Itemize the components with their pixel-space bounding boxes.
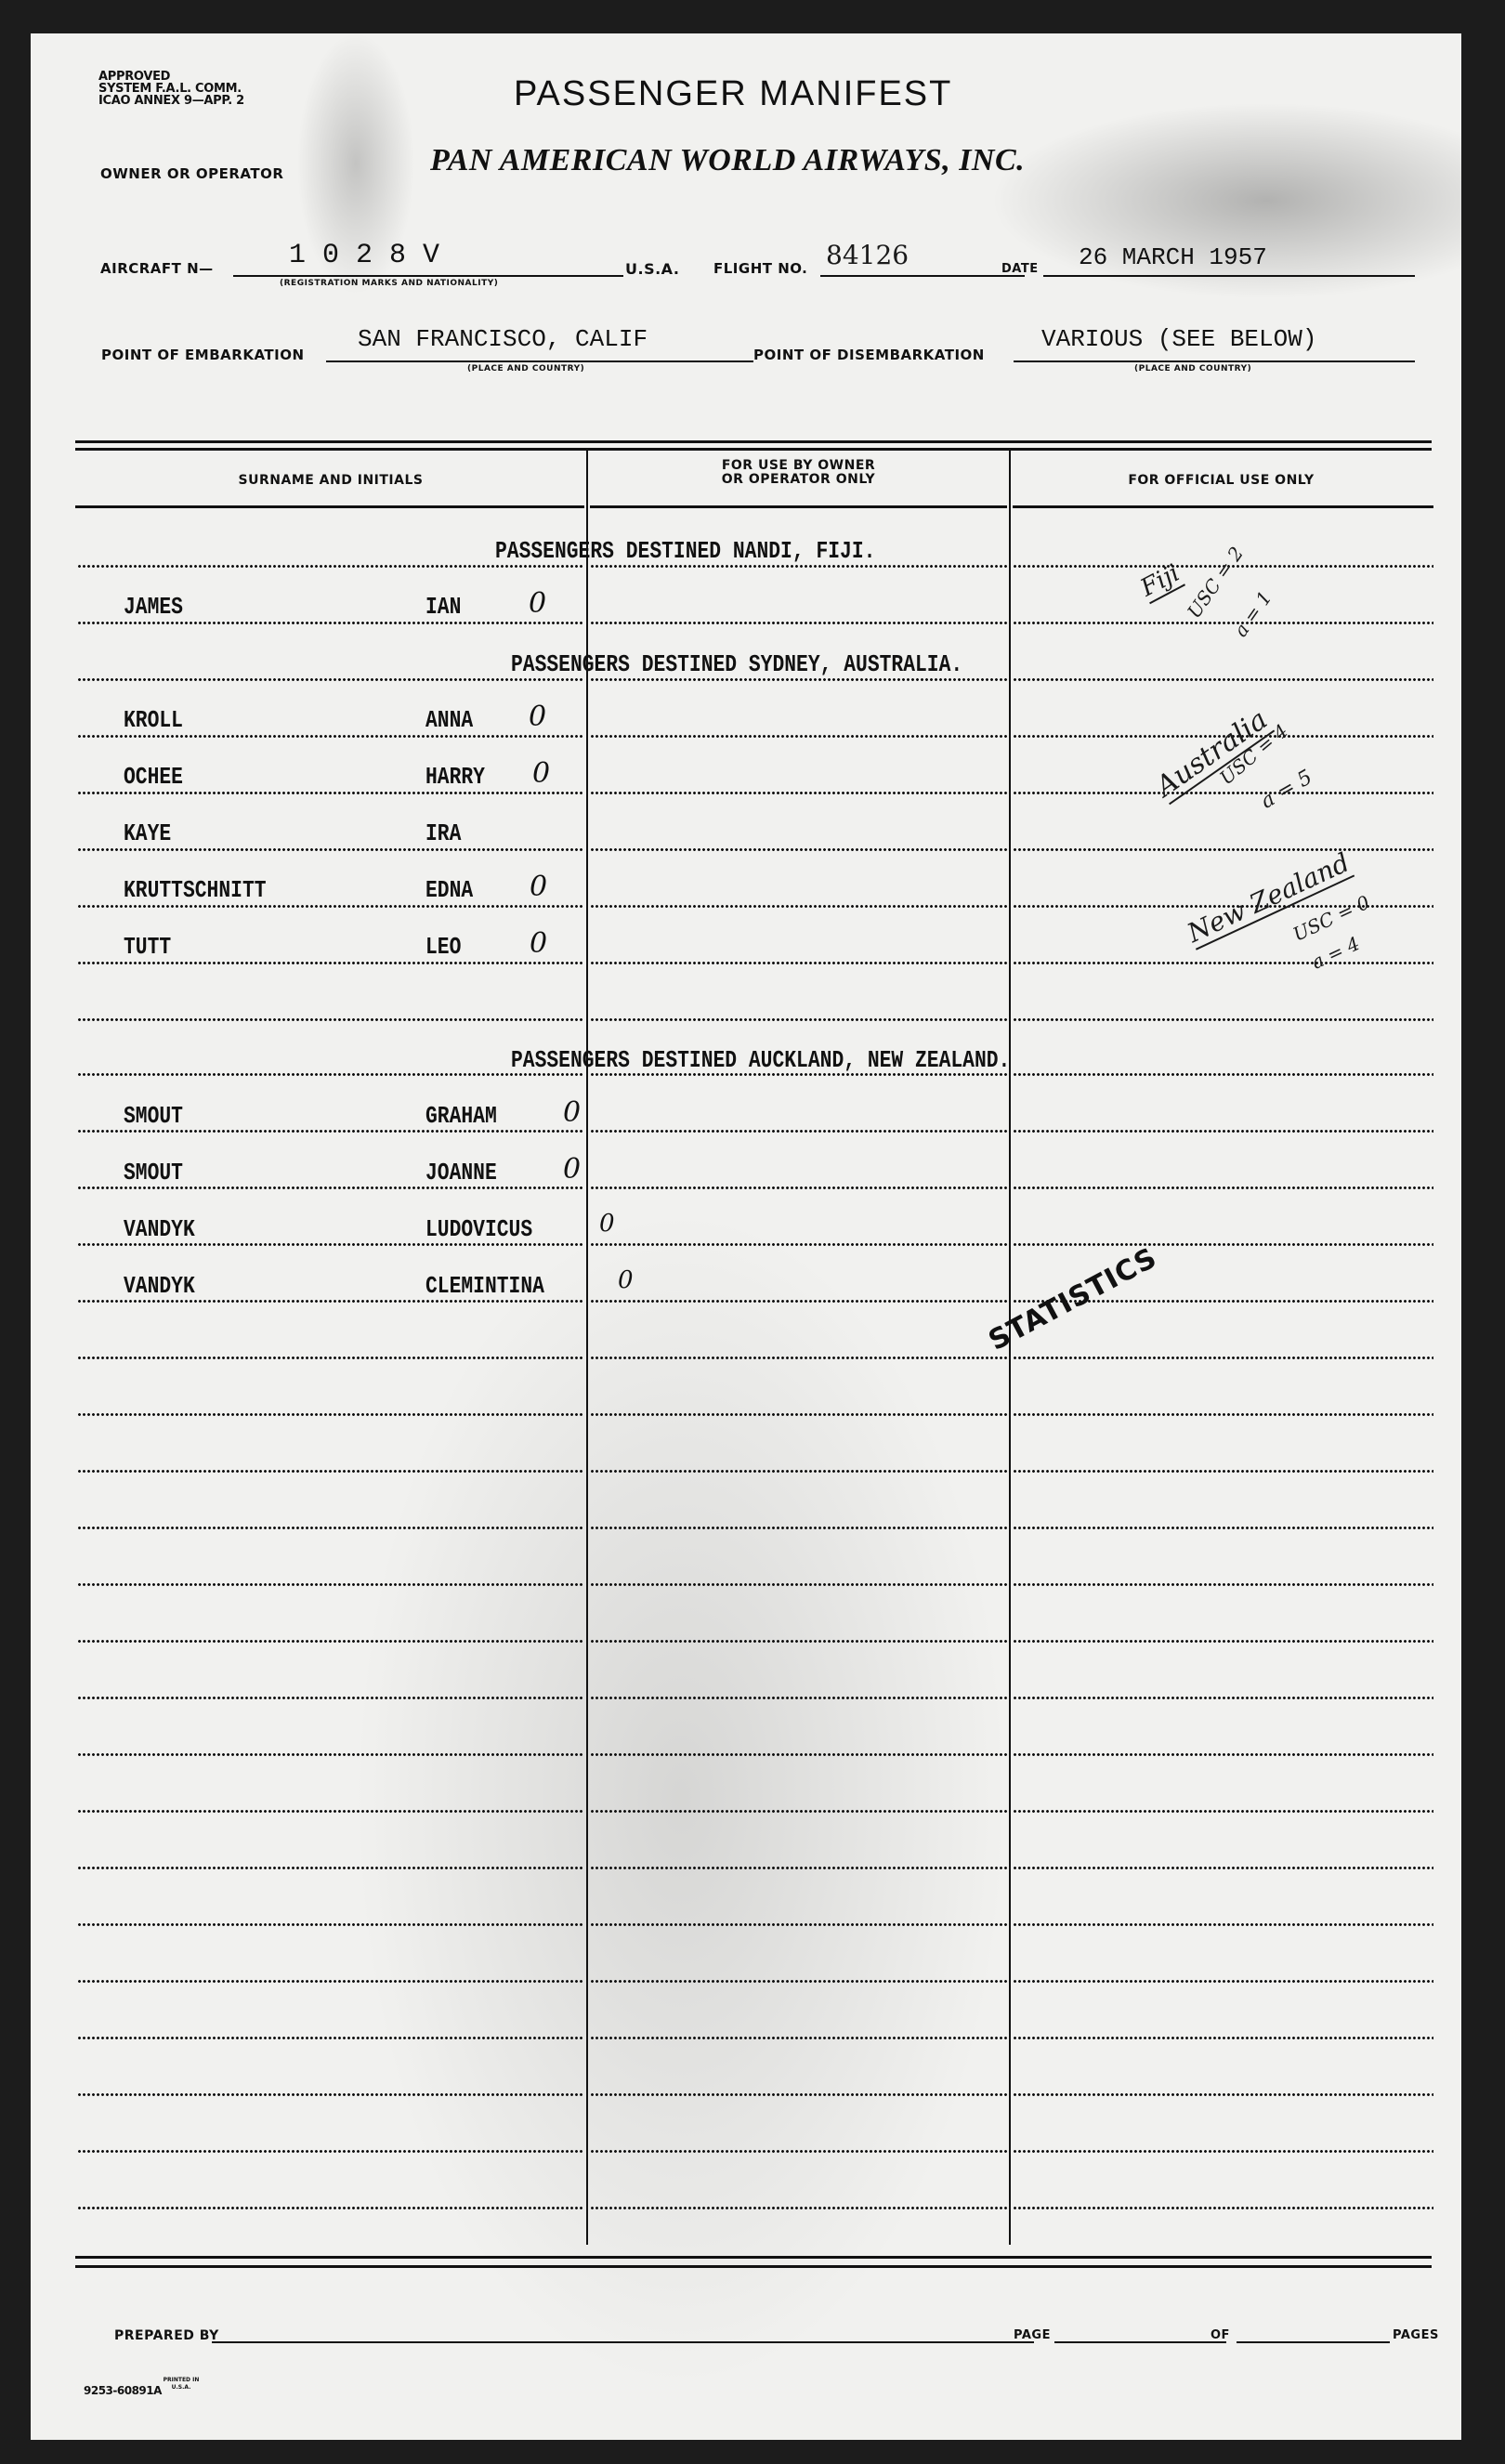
date-value[interactable]: 26 MARCH 1957 (1079, 243, 1267, 271)
row-rule (77, 2150, 584, 2153)
row-rule (1013, 1640, 1433, 1643)
row-rule (1013, 1357, 1433, 1359)
row-rule (77, 2207, 584, 2209)
table-top-rule (75, 448, 1432, 451)
row-rule (1013, 848, 1433, 851)
row-rule (1013, 622, 1433, 624)
row-rule (590, 2037, 1007, 2039)
row-rule (590, 1413, 1007, 1416)
row-rule (1013, 962, 1433, 964)
flight-value[interactable]: 84126 (826, 240, 909, 270)
embarkation-underline (326, 360, 753, 362)
row-rule (590, 622, 1007, 624)
table-bottom-rule (75, 2265, 1432, 2268)
passenger-mark: 0 (618, 1266, 634, 1294)
passenger-surname: SMOUT (124, 1159, 183, 1186)
column-header-owner-line: OR OPERATOR ONLY (588, 473, 1009, 487)
of-label: OF (1211, 2328, 1230, 2342)
passenger-given-name: IRA (425, 819, 461, 847)
flight-underline (820, 275, 1025, 277)
aircraft-label: AIRCRAFT N— (100, 260, 214, 277)
official-note-a: a = 5 (1257, 766, 1316, 813)
passenger-mark: 0 (529, 701, 546, 733)
disembarkation-underline (1014, 360, 1415, 362)
passenger-mark: 0 (530, 927, 547, 960)
aircraft-underline (233, 275, 623, 277)
row-rule (77, 1243, 584, 1246)
row-rule (77, 848, 584, 851)
column-divider (586, 450, 588, 2245)
row-rule (77, 792, 584, 794)
passenger-given-name: EDNA (425, 876, 473, 904)
row-rule (1013, 2037, 1433, 2039)
disembarkation-label: POINT OF DISEMBARKATION (753, 347, 985, 363)
approval-block: APPROVED SYSTEM F.A.L. COMM. ICAO ANNEX … (98, 71, 244, 107)
row-rule (1013, 1867, 1433, 1869)
row-rule (77, 1867, 584, 1869)
row-rule (77, 1018, 584, 1021)
row-rule (1013, 678, 1433, 681)
total-pages-field[interactable] (1237, 2341, 1390, 2343)
page-number-field[interactable] (1054, 2341, 1226, 2343)
approval-line: ICAO ANNEX 9—APP. 2 (98, 95, 244, 107)
row-rule (590, 1527, 1007, 1529)
section-heading-fiji: PASSENGERS DESTINED NANDI, FIJI. (495, 537, 875, 565)
row-rule (77, 1413, 584, 1416)
passenger-surname: KAYE (124, 819, 171, 847)
row-rule (1013, 1753, 1433, 1756)
passenger-surname: KRUTTSCHNITT (124, 876, 267, 904)
row-rule (77, 2037, 584, 2039)
row-rule (77, 1527, 584, 1529)
row-rule (1013, 2093, 1433, 2096)
section-heading-new-zealand: PASSENGERS DESTINED AUCKLAND, NEW ZEALAN… (511, 1046, 1010, 1074)
passenger-mark: 0 (563, 1153, 581, 1186)
row-rule (1013, 1697, 1433, 1699)
passenger-surname: TUTT (124, 933, 171, 961)
row-rule (590, 1697, 1007, 1699)
row-rule (77, 1073, 584, 1076)
row-rule (77, 565, 584, 568)
embarkation-label: POINT OF EMBARKATION (101, 347, 305, 363)
printed-in-usa-stamp: PRINTED IN U.S.A. (161, 2377, 202, 2392)
table-top-rule (75, 440, 1432, 443)
passenger-given-name: IAN (425, 593, 461, 621)
row-rule (1013, 1130, 1433, 1133)
row-rule (590, 848, 1007, 851)
aircraft-caption: (REGISTRATION MARKS AND NATIONALITY) (280, 279, 498, 288)
flight-label: FLIGHT NO. (713, 260, 807, 277)
passenger-surname: KROLL (124, 706, 183, 734)
row-rule (590, 1357, 1007, 1359)
row-rule (590, 1923, 1007, 1926)
passenger-surname: JAMES (124, 593, 183, 621)
row-rule (77, 1980, 584, 1983)
row-rule (77, 1753, 584, 1756)
row-rule (77, 1357, 584, 1359)
row-rule (590, 1583, 1007, 1586)
row-rule (1013, 1527, 1433, 1529)
disembarkation-caption: (PLACE AND COUNTRY) (1134, 364, 1251, 374)
row-rule (77, 735, 584, 738)
row-rule (590, 2207, 1007, 2209)
passenger-given-name: ANNA (425, 706, 473, 734)
row-rule (590, 905, 1007, 908)
table-bottom-rule (75, 2256, 1432, 2259)
row-rule (77, 1583, 584, 1586)
row-rule (1013, 1980, 1433, 1983)
row-rule (1013, 1413, 1433, 1416)
row-rule (590, 2150, 1007, 2153)
manifest-page: APPROVED SYSTEM F.A.L. COMM. ICAO ANNEX … (31, 33, 1461, 2440)
row-rule (590, 2093, 1007, 2096)
date-label: DATE (1001, 262, 1039, 276)
passenger-mark: 0 (532, 757, 550, 790)
row-rule (77, 1640, 584, 1643)
row-rule (77, 1697, 584, 1699)
row-rule (1013, 1810, 1433, 1813)
passenger-mark: 0 (599, 1210, 615, 1238)
row-rule (1013, 792, 1433, 794)
prepared-by-label: PREPARED BY (114, 2328, 219, 2343)
column-header-surname: SURNAME AND INITIALS (75, 474, 586, 488)
section-heading-australia: PASSENGERS DESTINED SYDNEY, AUSTRALIA. (511, 650, 962, 678)
row-rule (590, 962, 1007, 964)
passenger-mark: 0 (530, 871, 547, 903)
page-title: PASSENGER MANIFEST (514, 74, 952, 114)
official-note-a: a = 4 (1308, 932, 1363, 974)
row-rule (590, 678, 1007, 681)
column-header-owner-line: FOR USE BY OWNER (588, 459, 1009, 473)
row-rule (590, 1640, 1007, 1643)
passenger-given-name: CLEMINTINA (425, 1272, 544, 1300)
row-rule (1013, 1073, 1433, 1076)
row-rule (77, 2093, 584, 2096)
official-note-new-zealand: New Zealand (1183, 846, 1354, 950)
embarkation-caption: (PLACE AND COUNTRY) (467, 364, 584, 374)
disembarkation-value[interactable]: VARIOUS (SEE BELOW) (1041, 325, 1316, 353)
row-rule (1013, 1018, 1433, 1021)
header-rule (590, 505, 1007, 508)
passenger-mark: 0 (529, 587, 546, 620)
row-rule (77, 1810, 584, 1813)
official-note-usc: USC = 2 (1183, 543, 1248, 623)
row-rule (590, 1810, 1007, 1813)
row-rule (590, 1470, 1007, 1473)
column-header-owner: FOR USE BY OWNER OR OPERATOR ONLY (588, 459, 1009, 487)
row-rule (1013, 1470, 1433, 1473)
row-rule (590, 1186, 1007, 1189)
passenger-surname: VANDYK (124, 1215, 195, 1243)
official-note-place: New Zealand (1183, 846, 1354, 950)
column-header-official: FOR OFFICIAL USE ONLY (1011, 474, 1432, 488)
form-number: 9253-60891A (84, 2384, 162, 2397)
row-rule (1013, 1243, 1433, 1246)
row-rule (77, 622, 584, 624)
passenger-given-name: GRAHAM (425, 1102, 497, 1130)
row-rule (590, 1753, 1007, 1756)
row-rule (77, 1186, 584, 1189)
official-note-a: a = 1 (1229, 587, 1276, 641)
passenger-given-name: LUDOVICUS (425, 1215, 532, 1243)
row-rule (77, 962, 584, 964)
row-rule (77, 1923, 584, 1926)
header-rule (75, 505, 584, 508)
row-rule (1013, 1583, 1433, 1586)
row-rule (77, 678, 584, 681)
row-rule (590, 1018, 1007, 1021)
row-rule (77, 1300, 584, 1303)
page-label: PAGE (1014, 2328, 1051, 2342)
prepared-by-field[interactable] (212, 2341, 1034, 2343)
passenger-surname: SMOUT (124, 1102, 183, 1130)
passenger-given-name: HARRY (425, 763, 485, 791)
row-rule (590, 565, 1007, 568)
aircraft-value[interactable]: 1 0 2 8 V (289, 240, 439, 271)
usa-label: U.S.A. (625, 260, 679, 278)
row-rule (77, 905, 584, 908)
passenger-given-name: JOANNE (425, 1159, 497, 1186)
row-rule (1013, 1186, 1433, 1189)
passenger-given-name: LEO (425, 933, 461, 961)
row-rule (1013, 2150, 1433, 2153)
owner-value: PAN AMERICAN WORLD AIRWAYS, INC. (430, 143, 1025, 178)
pages-label: PAGES (1393, 2328, 1439, 2342)
passenger-mark: 0 (563, 1096, 581, 1129)
row-rule (590, 1980, 1007, 1983)
passenger-surname: OCHEE (124, 763, 183, 791)
row-rule (590, 1243, 1007, 1246)
row-rule (77, 1130, 584, 1133)
row-rule (77, 1470, 584, 1473)
row-rule (590, 792, 1007, 794)
passenger-surname: VANDYK (124, 1272, 195, 1300)
header-rule (1013, 505, 1433, 508)
owner-label: OWNER OR OPERATOR (100, 165, 283, 182)
row-rule (590, 1130, 1007, 1133)
row-rule (590, 735, 1007, 738)
date-underline (1043, 275, 1415, 277)
row-rule (1013, 2207, 1433, 2209)
row-rule (1013, 1923, 1433, 1926)
embarkation-value[interactable]: SAN FRANCISCO, CALIF (358, 325, 648, 353)
row-rule (590, 1867, 1007, 1869)
row-rule (590, 1300, 1007, 1303)
